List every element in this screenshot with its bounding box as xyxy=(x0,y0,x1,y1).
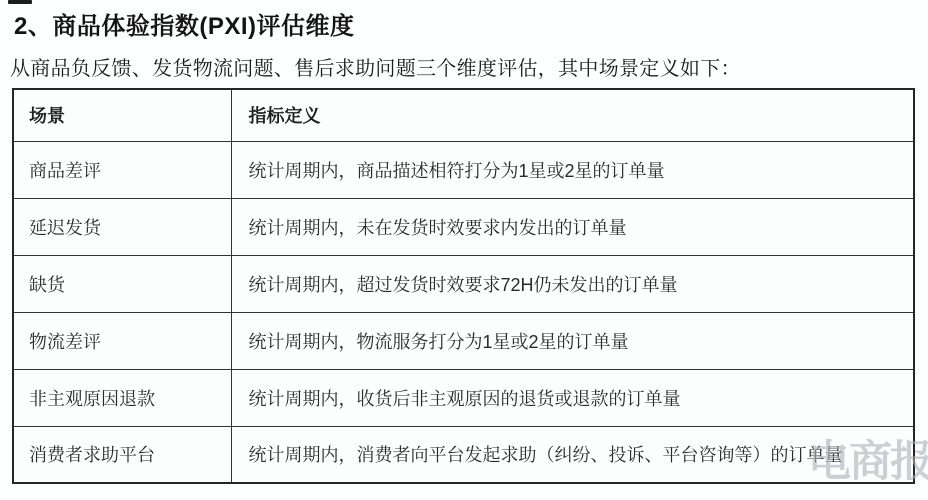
table-row: 延迟发货 统计周期内，未在发货时效要求内发出的订单量 xyxy=(13,198,914,255)
page-title: 2、商品体验指数(PXI)评估维度 xyxy=(14,6,355,41)
cropped-text-artifact xyxy=(8,0,32,4)
table-header-row: 场景 指标定义 xyxy=(13,89,914,141)
definition-cell: 统计周期内，未在发货时效要求内发出的订单量 xyxy=(231,198,914,255)
table-row: 商品差评 统计周期内，商品描述相符打分为1星或2星的订单量 xyxy=(13,141,914,198)
column-header-scene: 场景 xyxy=(13,89,231,141)
table-row: 非主观原因退款 统计周期内，收货后非主观原因的退货或退款的订单量 xyxy=(13,369,914,426)
table-row: 消费者求助平台 统计周期内，消费者向平台发起求助（纠纷、投诉、平台咨询等）的订单… xyxy=(13,426,914,483)
definition-cell: 统计周期内，收货后非主观原因的退货或退款的订单量 xyxy=(231,369,914,426)
pxi-definitions-table: 场景 指标定义 商品差评 统计周期内，商品描述相符打分为1星或2星的订单量 延迟… xyxy=(12,88,915,484)
scene-cell: 消费者求助平台 xyxy=(13,426,231,483)
scene-cell: 商品差评 xyxy=(13,141,231,198)
definition-cell: 统计周期内，消费者向平台发起求助（纠纷、投诉、平台咨询等）的订单量 xyxy=(231,426,914,483)
definition-cell: 统计周期内，物流服务打分为1星或2星的订单量 xyxy=(231,312,914,369)
scene-cell: 缺货 xyxy=(13,255,231,312)
scene-cell: 延迟发货 xyxy=(13,198,231,255)
table-row: 物流差评 统计周期内，物流服务打分为1星或2星的订单量 xyxy=(13,312,914,369)
table-row: 缺货 统计周期内，超过发货时效要求72H仍未发出的订单量 xyxy=(13,255,914,312)
definition-cell: 统计周期内，超过发货时效要求72H仍未发出的订单量 xyxy=(231,255,914,312)
page-subtitle: 从商品负反馈、发货物流问题、售后求助问题三个维度评估，其中场景定义如下： xyxy=(10,52,741,81)
scene-cell: 非主观原因退款 xyxy=(13,369,231,426)
column-header-definition: 指标定义 xyxy=(231,89,914,141)
definition-cell: 统计周期内，商品描述相符打分为1星或2星的订单量 xyxy=(231,141,914,198)
scene-cell: 物流差评 xyxy=(13,312,231,369)
